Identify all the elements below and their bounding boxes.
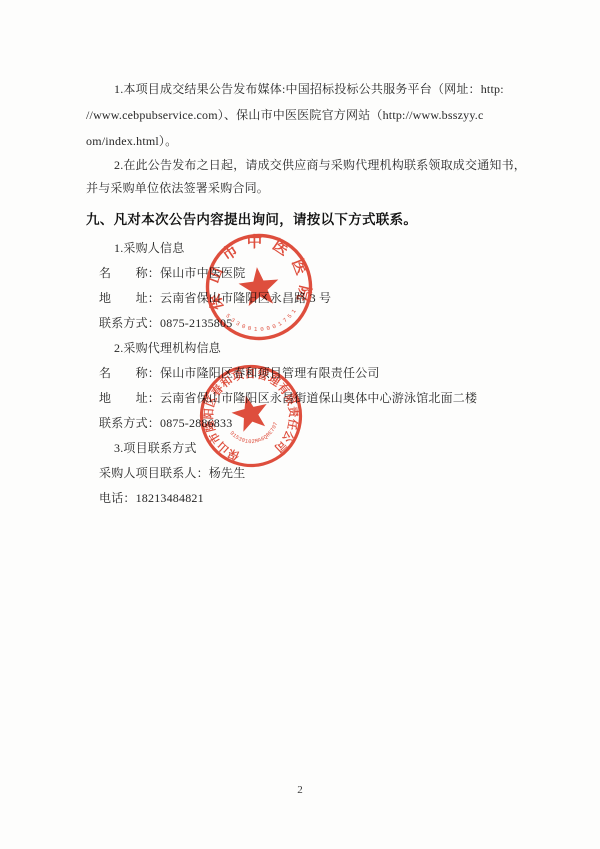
paragraph-line: om/index.html）。 — [86, 128, 518, 154]
contact-line-project-phone: 电话：18213484821 — [86, 486, 518, 511]
paragraph-line: 1.本项目成交结果公告发布媒体:中国招标投标公共服务平台（网址：http: — [86, 76, 518, 102]
document-page: 1.本项目成交结果公告发布媒体:中国招标投标公共服务平台（网址：http: //… — [0, 0, 600, 849]
paragraph-line: 并与采购单位依法签署采购合同。 — [86, 177, 518, 200]
star-icon — [237, 265, 281, 307]
contact-line-project-person: 采购人项目联系人：杨先生 — [86, 461, 518, 486]
official-seal-hospital: 保山市中医医院 5330010001751 — [197, 225, 320, 348]
paragraph-line: //www.cebpubservice.com）、保山市中医医院官方网站（htt… — [86, 102, 518, 128]
page-number: 2 — [0, 784, 600, 796]
paragraph-line: 2.在此公告发布之日起，请成交供应商与采购代理机构联系领取成交通知书， — [86, 154, 518, 177]
contact-line-agency-name: 名 称：保山市隆阳区春和项目管理有限责任公司 — [86, 361, 518, 386]
contact-line-agency-title: 2.采购代理机构信息 — [86, 336, 518, 361]
star-icon — [228, 391, 271, 433]
